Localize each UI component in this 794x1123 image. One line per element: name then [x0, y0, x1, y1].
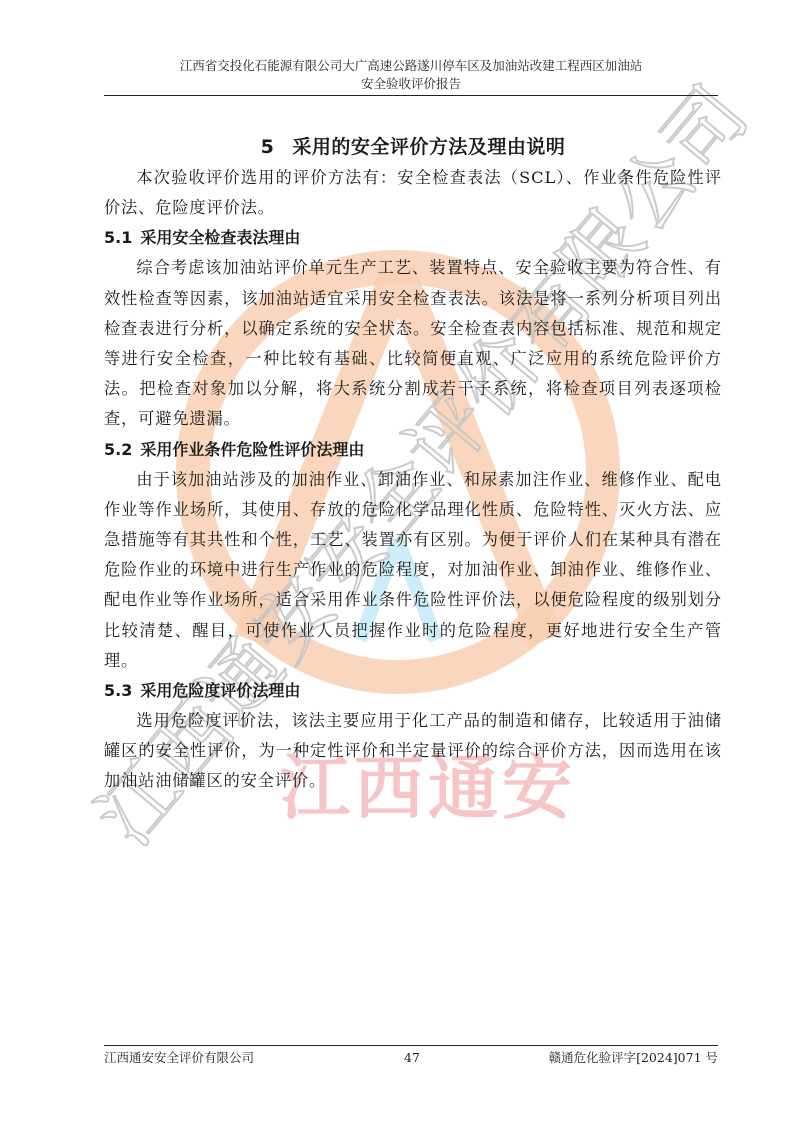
section-title: 采用作业条件危险性评价法理由 [140, 440, 364, 459]
chapter-title-text: 采用的安全评价方法及理由说明 [292, 136, 565, 158]
section-heading-5-3: 5.3采用危险度评价法理由 [104, 676, 722, 706]
section-paragraph-5-1: 综合考虑该加油站评价单元生产工艺、装置特点、安全验收主要为符合性、有效性检查等因… [104, 253, 722, 434]
section-paragraph-5-3: 选用危险度评价法，该法主要应用于化工产品的制造和储存，比较适用于油储罐区的安全性… [104, 706, 722, 797]
footer-company: 江西通安安全评价有限公司 [104, 1049, 254, 1067]
section-paragraph-5-2: 由于该加油站涉及的加油作业、卸油作业、和尿素加注作业、维修作业、配电作业等作业场… [104, 465, 722, 676]
main-content: 5采用的安全评价方法及理由说明 本次验收评价选用的评价方法有：安全检查表法（SC… [104, 131, 722, 797]
section-heading-5-1: 5.1采用安全检查表法理由 [104, 223, 722, 253]
section-title: 采用安全检查表法理由 [140, 228, 300, 247]
document-number: 赣通危化验评字[2024]071 号 [549, 1049, 718, 1067]
document-page: 江西通安 江西通安安全评价有限公司 江西省交投化石能源有限公司大广高速公路遂川停… [0, 0, 794, 1123]
chapter-number: 5 [261, 136, 275, 158]
header-project-title: 江西省交投化石能源有限公司大广高速公路遂川停车区及加油站改建工程西区加油站 [104, 57, 718, 75]
section-title: 采用危险度评价法理由 [140, 681, 300, 700]
section-number: 5.1 [104, 228, 132, 247]
running-footer: 江西通安安全评价有限公司 47 赣通危化验评字[2024]071 号 [104, 1049, 718, 1067]
header-report-title: 安全验收评价报告 [104, 75, 718, 93]
footer-divider [104, 1045, 718, 1046]
section-heading-5-2: 5.2采用作业条件危险性评价法理由 [104, 435, 722, 465]
running-header: 江西省交投化石能源有限公司大广高速公路遂川停车区及加油站改建工程西区加油站 安全… [104, 57, 718, 93]
page-number: 47 [404, 1049, 420, 1067]
chapter-title: 5采用的安全评价方法及理由说明 [104, 131, 722, 163]
section-number: 5.3 [104, 681, 132, 700]
header-divider [104, 95, 718, 96]
section-number: 5.2 [104, 440, 132, 459]
chapter-intro-paragraph: 本次验收评价选用的评价方法有：安全检查表法（SCL）、作业条件危险性评价法、危险… [104, 163, 722, 223]
